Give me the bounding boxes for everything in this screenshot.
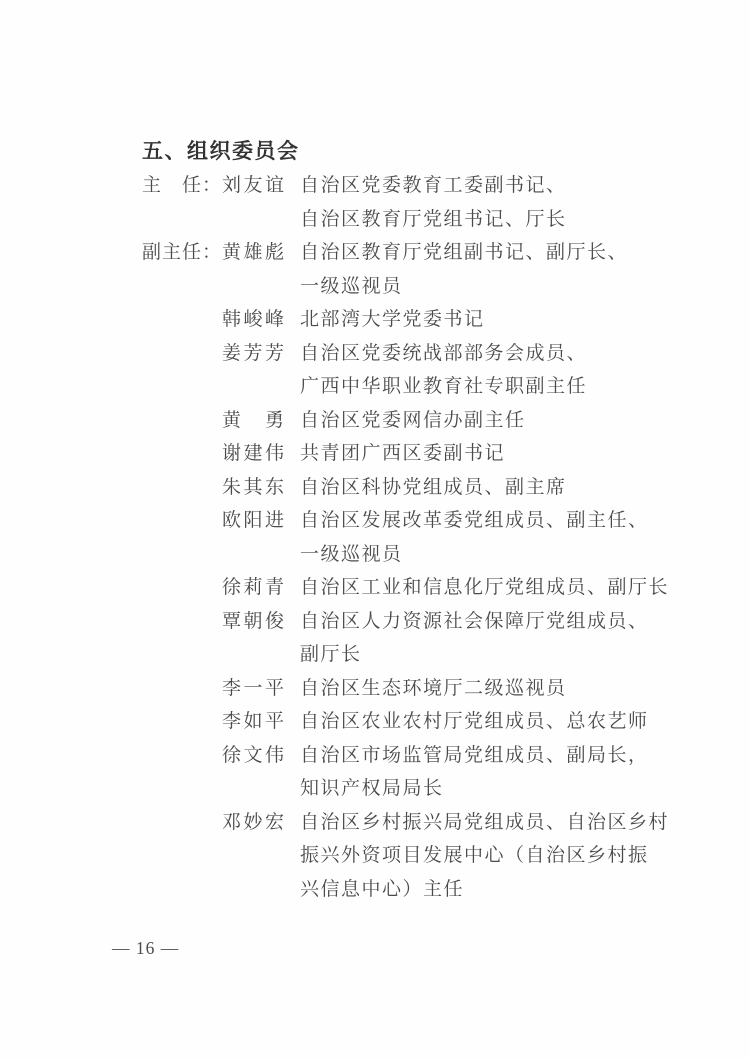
- committee-entry: 李一平 自治区生态环境厅二级巡视员: [142, 672, 702, 706]
- committee-entry: 邓妙宏 自治区乡村振兴局党组成员、自治区乡村振兴外资项目发展中心（自治区乡村振兴…: [142, 806, 702, 907]
- committee-entry: 谢建伟 共青团广西区委副书记: [142, 437, 702, 471]
- document-page: 五、组织委员会 主 任： 刘友谊 自治区党委教育工委副书记、自治区教育厅党组书记…: [0, 0, 750, 1060]
- committee-entry: 黄 勇 自治区党委网信办副主任: [142, 404, 702, 438]
- entry-description-line: 自治区乡村振兴局党组成员、自治区乡村: [300, 806, 702, 840]
- entry-description-line: 北部湾大学党委书记: [300, 303, 702, 337]
- entry-description-line: 自治区党委统战部部务会成员、: [300, 337, 702, 371]
- entry-description: 自治区市场监管局党组成员、副局长，知识产权局局长: [300, 739, 702, 806]
- committee-entry: 主 任： 刘友谊 自治区党委教育工委副书记、自治区教育厅党组书记、厅长: [142, 169, 702, 236]
- entry-name: 刘友谊: [222, 169, 300, 203]
- committee-list: 主 任： 刘友谊 自治区党委教育工委副书记、自治区教育厅党组书记、厅长 副主任：…: [142, 169, 702, 906]
- section-title: 五、组织委员会: [142, 135, 300, 165]
- entry-description-line: 自治区教育厅党组副书记、副厅长、: [300, 236, 702, 270]
- entry-name: 李如平: [222, 705, 300, 739]
- entry-name: 黄雄彪: [222, 236, 300, 270]
- entry-description: 自治区人力资源社会保障厅党组成员、副厅长: [300, 605, 702, 672]
- committee-entry: 姜芳芳 自治区党委统战部部务会成员、广西中华职业教育社专职副主任: [142, 337, 702, 404]
- entry-description-line: 副厅长: [300, 638, 702, 672]
- entry-description: 自治区党委网信办副主任: [300, 404, 702, 438]
- entry-description-line: 自治区工业和信息化厅党组成员、副厅长: [300, 571, 702, 605]
- entry-description-line: 广西中华职业教育社专职副主任: [300, 370, 702, 404]
- entry-name: 姜芳芳: [222, 337, 300, 371]
- committee-entry: 徐文伟 自治区市场监管局党组成员、副局长，知识产权局局长: [142, 739, 702, 806]
- entry-name: 欧阳进: [222, 504, 300, 538]
- entry-description-line: 共青团广西区委副书记: [300, 437, 702, 471]
- committee-entry: 徐莉青 自治区工业和信息化厅党组成员、副厅长: [142, 571, 702, 605]
- entry-description-line: 自治区市场监管局党组成员、副局长，: [300, 739, 702, 773]
- entry-description: 自治区发展改革委党组成员、副主任、一级巡视员: [300, 504, 702, 571]
- entry-description: 自治区生态环境厅二级巡视员: [300, 672, 702, 706]
- entry-name: 谢建伟: [222, 437, 300, 471]
- entry-description-line: 一级巡视员: [300, 538, 702, 572]
- entry-description: 共青团广西区委副书记: [300, 437, 702, 471]
- committee-entry: 副主任： 黄雄彪 自治区教育厅党组副书记、副厅长、一级巡视员: [142, 236, 702, 303]
- entry-name: 韩峻峰: [222, 303, 300, 337]
- entry-role: 主 任：: [142, 169, 222, 203]
- entry-description: 自治区党委统战部部务会成员、广西中华职业教育社专职副主任: [300, 337, 702, 404]
- committee-entry: 覃朝俊 自治区人力资源社会保障厅党组成员、副厅长: [142, 605, 702, 672]
- committee-entry: 李如平 自治区农业农村厅党组成员、总农艺师: [142, 705, 702, 739]
- entry-description-line: 兴信息中心）主任: [300, 873, 702, 907]
- committee-entry: 韩峻峰 北部湾大学党委书记: [142, 303, 702, 337]
- entry-name: 李一平: [222, 672, 300, 706]
- entry-description-line: 自治区党委网信办副主任: [300, 404, 702, 438]
- entry-name: 朱其东: [222, 471, 300, 505]
- entry-name: 覃朝俊: [222, 605, 300, 639]
- entry-description: 自治区工业和信息化厅党组成员、副厅长: [300, 571, 702, 605]
- entry-description: 自治区党委教育工委副书记、自治区教育厅党组书记、厅长: [300, 169, 702, 236]
- entry-name: 徐文伟: [222, 739, 300, 773]
- entry-description-line: 自治区教育厅党组书记、厅长: [300, 203, 702, 237]
- entry-description: 北部湾大学党委书记: [300, 303, 702, 337]
- entry-name: 徐莉青: [222, 571, 300, 605]
- entry-description-line: 自治区农业农村厅党组成员、总农艺师: [300, 705, 702, 739]
- entry-name: 黄 勇: [222, 404, 300, 438]
- entry-description: 自治区教育厅党组副书记、副厅长、一级巡视员: [300, 236, 702, 303]
- page-number: — 16 —: [112, 938, 179, 959]
- committee-entry: 欧阳进 自治区发展改革委党组成员、副主任、一级巡视员: [142, 504, 702, 571]
- entry-description-line: 振兴外资项目发展中心（自治区乡村振: [300, 839, 702, 873]
- entry-role: 副主任：: [142, 236, 222, 270]
- entry-name: 邓妙宏: [222, 806, 300, 840]
- entry-description-line: 一级巡视员: [300, 270, 702, 304]
- entry-description: 自治区乡村振兴局党组成员、自治区乡村振兴外资项目发展中心（自治区乡村振兴信息中心…: [300, 806, 702, 907]
- entry-description-line: 自治区生态环境厅二级巡视员: [300, 672, 702, 706]
- entry-description-line: 自治区人力资源社会保障厅党组成员、: [300, 605, 702, 639]
- entry-description: 自治区农业农村厅党组成员、总农艺师: [300, 705, 702, 739]
- committee-entry: 朱其东 自治区科协党组成员、副主席: [142, 471, 702, 505]
- entry-description: 自治区科协党组成员、副主席: [300, 471, 702, 505]
- entry-description-line: 自治区党委教育工委副书记、: [300, 169, 702, 203]
- entry-description-line: 知识产权局局长: [300, 772, 702, 806]
- entry-description-line: 自治区科协党组成员、副主席: [300, 471, 702, 505]
- entry-description-line: 自治区发展改革委党组成员、副主任、: [300, 504, 702, 538]
